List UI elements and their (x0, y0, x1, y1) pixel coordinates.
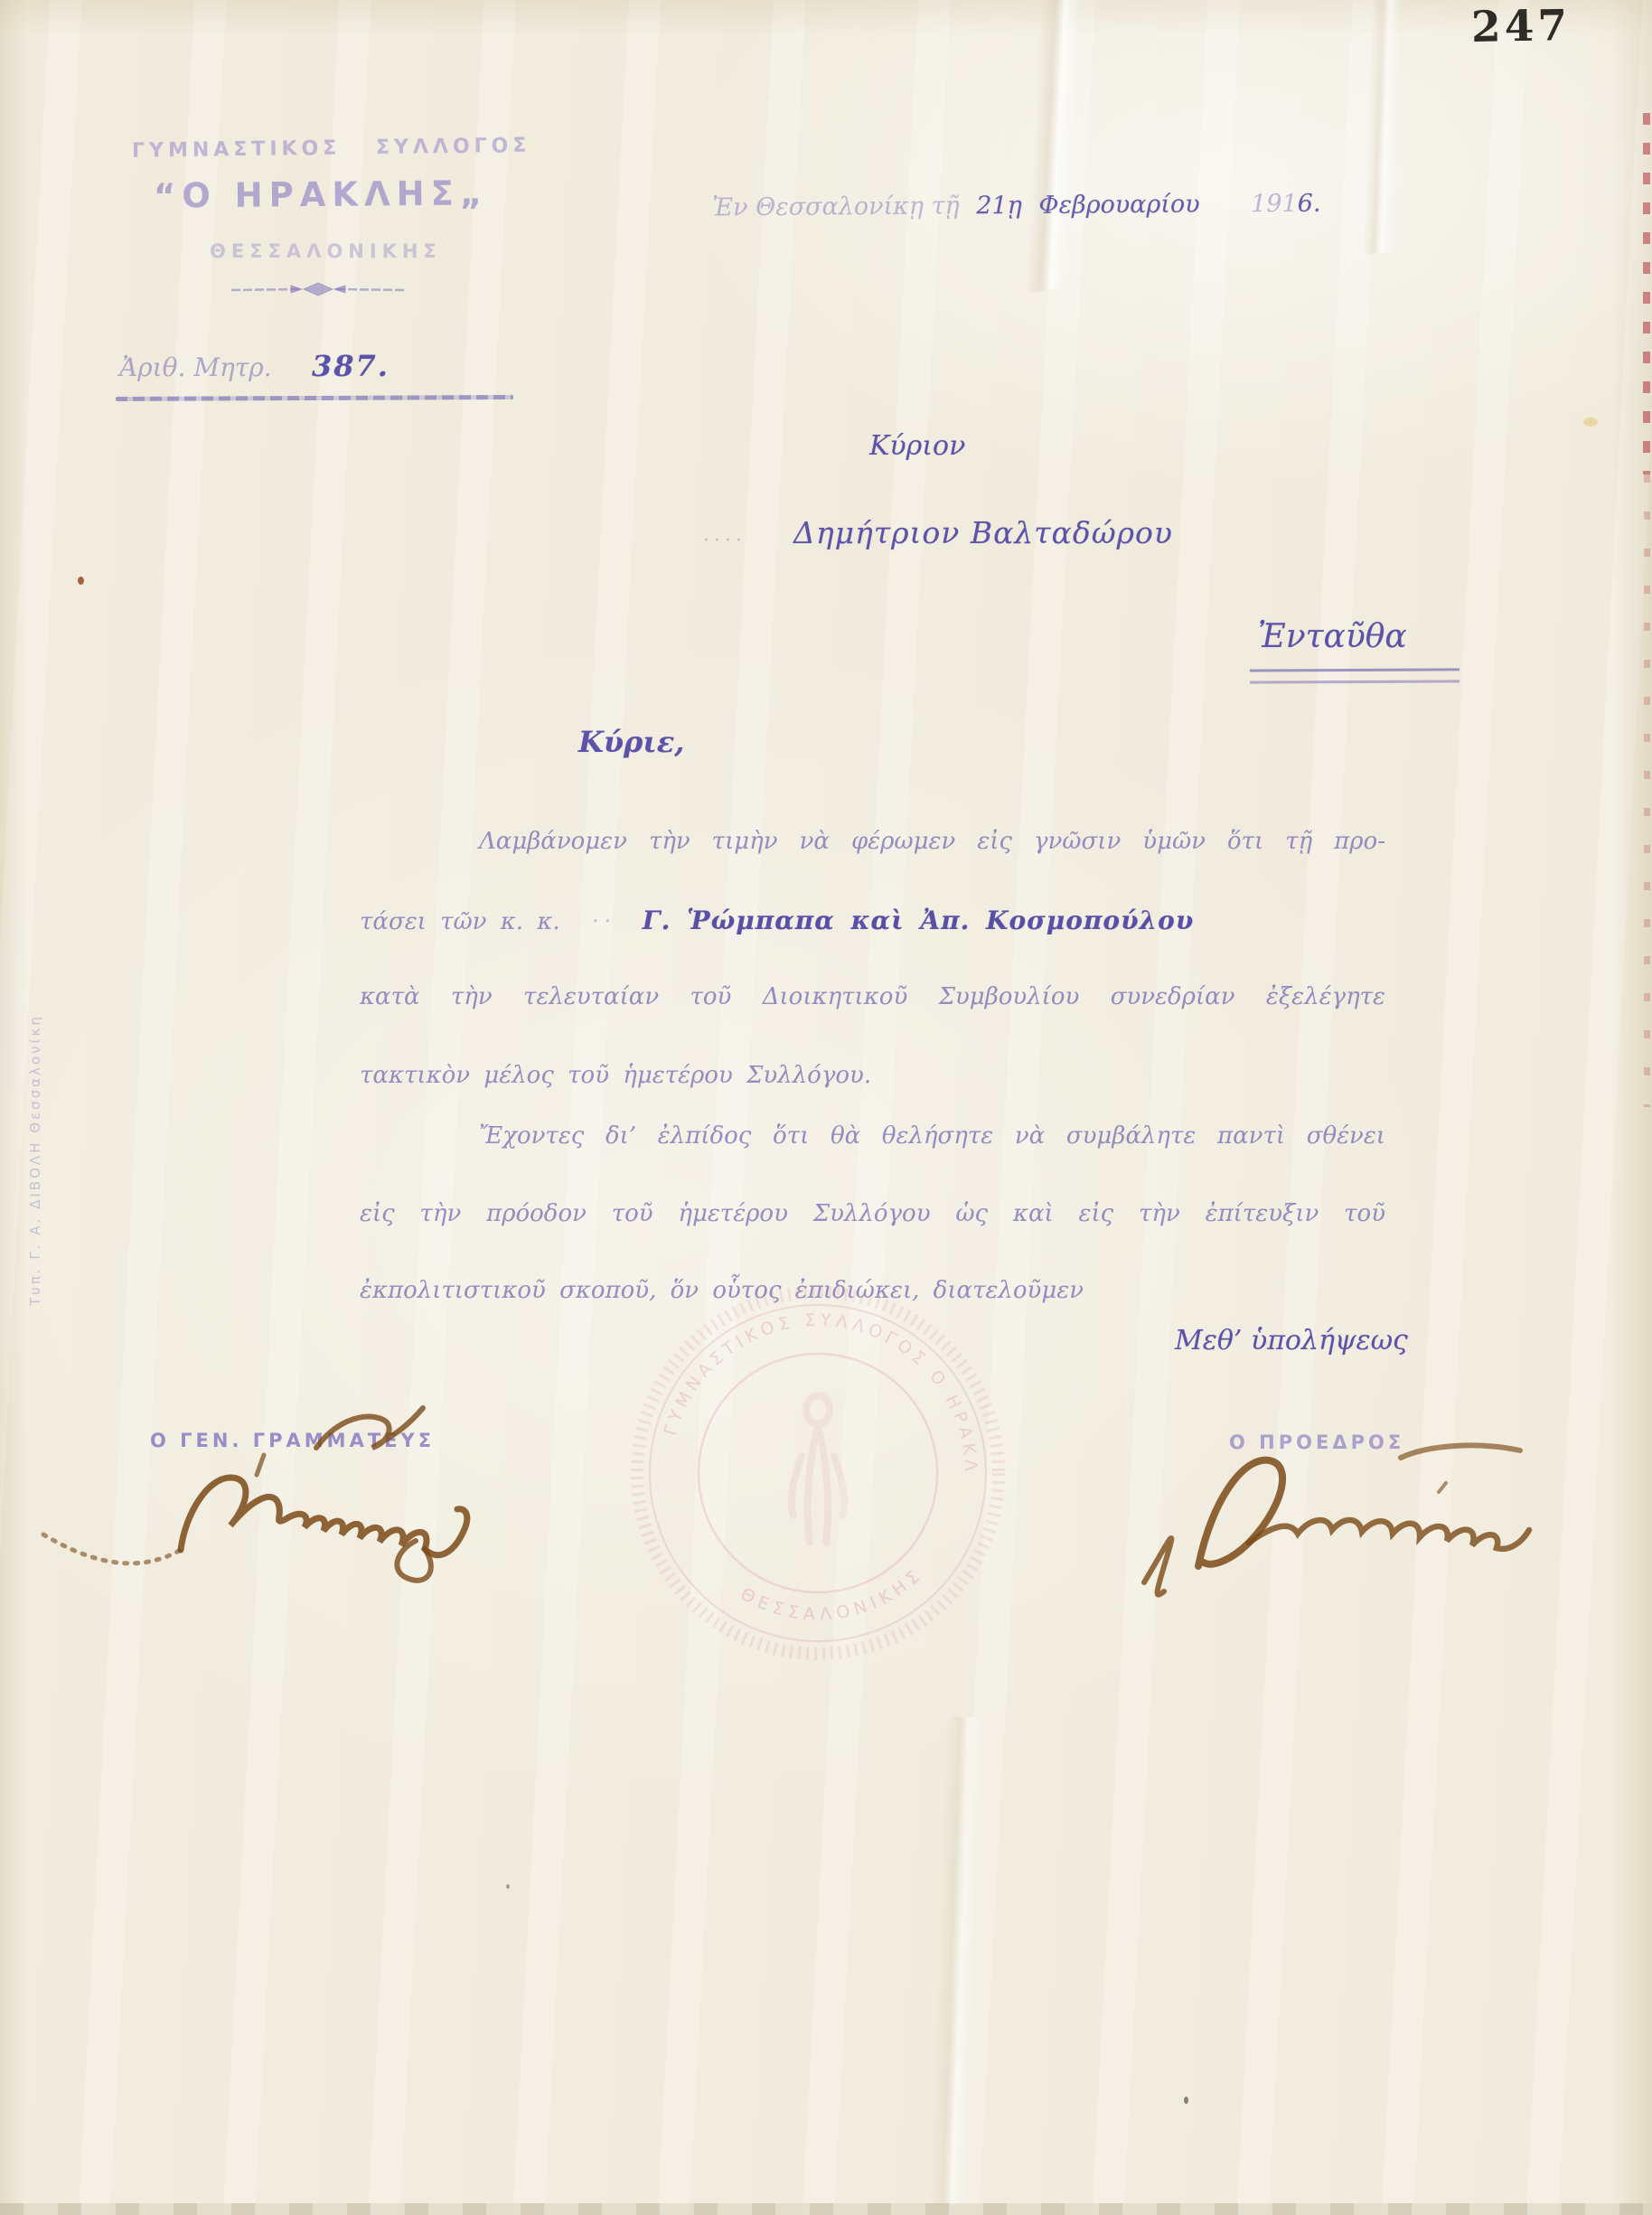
president-signature (1112, 1405, 1618, 1613)
body-line-3: κατὰ τὴν τελευταίαν τοῦ Διοικητικοῦ Συμβ… (360, 983, 1385, 1010)
body-line-2-pre: τάσει τῶν κ. κ. (360, 908, 560, 935)
bottom-page-edge (0, 2203, 1652, 2215)
addressee-lead-dots: ···· (703, 530, 746, 552)
club-seal-stamp: ΓΥΜΝΑΣΤΙΚΟΣ ΣΥΛΛΟΓΟΣ Ο ΗΡΑΚΛΗΣ ΘΕΣΣΑΛΟΝΙ… (624, 1279, 1012, 1667)
dateline-month: Φεβρουαρίου (1038, 191, 1199, 220)
dateline-day: 21ῃ (976, 192, 1022, 220)
stamp-arc-top-text: ΓΥΜΝΑΣΤΙΚΟΣ ΣΥΛΛΟΓΟΣ Ο ΗΡΑΚΛΗΣ (624, 1279, 981, 1476)
addressee-honorific: Κύριον (869, 430, 965, 462)
body-line-2-dots: ·· (592, 908, 616, 935)
red-edge-marks-faint (1644, 474, 1650, 1107)
ink-speck (78, 577, 84, 585)
secretary-signature (36, 1392, 542, 1609)
protocol-label: Ἀριθ. Μητρ. (119, 352, 272, 382)
paper-crease (977, 0, 1120, 295)
svg-text:ΓΥΜΝΑΣΤΙΚΟΣ ΣΥΛΛΟΓΟΣ Ο ΗΡΑΚΛΗΣ: ΓΥΜΝΑΣΤΙΚΟΣ ΣΥΛΛΟΓΟΣ Ο ΗΡΑΚΛΗΣ (624, 1279, 981, 1476)
printer-credit: Τυπ. Γ. Α. ΔΙΒΟΛΗ Θεσσαλονίκη (27, 953, 43, 1306)
ink-speck (1184, 2097, 1188, 2104)
svg-text:ΘΕΣΣΑΛΟΝΙΚΗΣ: ΘΕΣΣΑΛΟΝΙΚΗΣ (737, 1563, 927, 1625)
paper-crease (1328, 0, 1427, 256)
red-edge-marks (1643, 113, 1650, 474)
protocol-underline (116, 395, 513, 401)
ink-speck (506, 1884, 510, 1889)
letterhead-org-city: ΘΕΣΣΑΛΟΝΙΚΗΣ (210, 240, 442, 262)
letterhead-org-name: “Ο ΗΡΑΚΛΗΣ„ (154, 174, 489, 215)
salutation: Κύριε, (578, 725, 684, 759)
body-line-5: Ἔχοντες δι’ ἐλπίδος ὅτι θὰ θελήσητε νὰ σ… (479, 1122, 1385, 1150)
body-line-2: τάσει τῶν κ. κ. ·· Γ. Ῥώμπαπα καὶ Ἀπ. Κο… (360, 906, 1194, 935)
body-line-6: εἰς τὴν πρόοδον τοῦ ἡμετέρου Συλλόγου ὡς… (360, 1200, 1385, 1227)
dateline: Ἐν Θεσσαλονίκῃ τῇ 21ῃ Φεβρουαρίου 1916. (712, 190, 1321, 222)
body-line-4: τακτικὸν μέλος τοῦ ἡμετέρου Συλλόγου. (360, 1062, 871, 1089)
addressee-name: Δημήτριον Βαλταδώρου (793, 515, 1173, 550)
dateline-place: Ἐν Θεσσαλονίκῃ τῇ (712, 192, 960, 221)
dateline-year-typed: 6. (1298, 190, 1321, 218)
page-number: 247 (1471, 1, 1572, 52)
closing-formula: Μεθ’ ὑπολήψεως (1175, 1325, 1408, 1356)
stamp-heracles-figure (792, 1395, 845, 1543)
body-line-1: Λαμβάνομεν τὴν τιμὴν νὰ φέρωμεν εἰς γνῶσ… (479, 828, 1385, 855)
dateline-year-printed: 191 (1251, 190, 1298, 218)
stamp-outer-wreath (637, 1292, 999, 1654)
document-page: 247 ΓΥΜΝΑΣΤΙΚΟΣ ΣΥΛΛΟΓΟΣ “Ο ΗΡΑΚΛΗΣ„ ΘΕΣ… (0, 0, 1652, 2215)
addressee-location: Ἐνταῦθα (1258, 618, 1407, 655)
protocol-number: 387. (312, 349, 390, 383)
letterhead-divider-ornament (228, 278, 408, 300)
stamp-inner-ring (699, 1354, 937, 1592)
stamp-arc-bottom-text: ΘΕΣΣΑΛΟΝΙΚΗΣ (737, 1563, 927, 1625)
stamp-outer-ring (650, 1305, 986, 1641)
location-underline (1250, 668, 1460, 683)
body-line-2-proposer-names: Γ. Ῥώμπαπα καὶ Ἀπ. Κοσμοπούλου (643, 906, 1195, 935)
ink-speck (1583, 418, 1598, 427)
letterhead-org-line: ΓΥΜΝΑΣΤΙΚΟΣ ΣΥΛΛΟΓΟΣ (132, 135, 531, 163)
paper-crease (886, 1717, 1012, 2205)
